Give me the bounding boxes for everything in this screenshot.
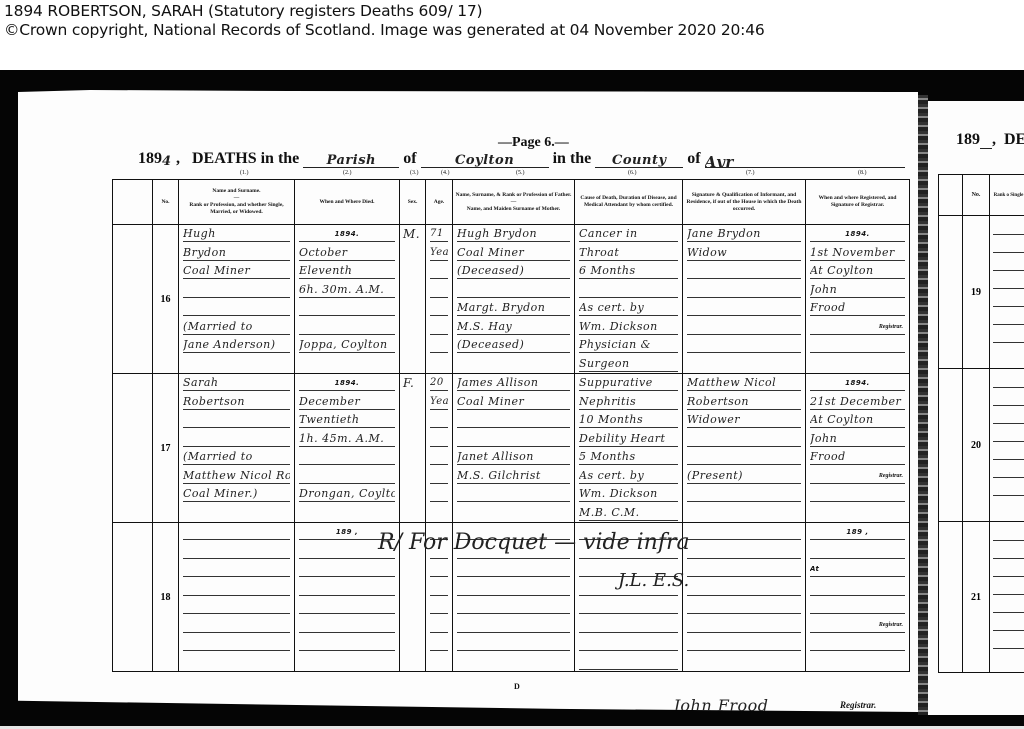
year-suffix: 4	[162, 154, 176, 168]
col-num-1: (1.)	[240, 170, 249, 176]
col-num-5: (5.)	[516, 170, 525, 176]
cell-line: (Deceased)	[457, 338, 570, 353]
cell-line: Joppa, Coylton	[299, 338, 395, 353]
docquet-initials: J.L. E.S.	[618, 570, 689, 591]
cell-line: Wm. Dickson	[579, 487, 678, 502]
cell-line: John	[810, 432, 905, 447]
table-row: 16HughBrydonCoal Miner(Married toJane An…	[113, 225, 910, 374]
cell-line	[687, 562, 801, 577]
cell-line	[430, 599, 448, 614]
cell-line: 1894.	[810, 376, 905, 391]
cell-line: Frood	[810, 301, 905, 316]
cell-line: Brydon	[183, 246, 290, 261]
cell-line: Years	[430, 395, 448, 410]
sex-value	[400, 523, 425, 527]
ruled-line	[993, 387, 1024, 388]
cell-line	[299, 599, 395, 614]
cell-line	[810, 581, 905, 596]
cell-line	[183, 562, 290, 577]
col-header-informant: Signature & Qualification of Informant, …	[683, 180, 806, 225]
cell-line	[183, 636, 290, 651]
copyright-line: ©Crown copyright, National Records of Sc…	[4, 21, 1019, 40]
cell-line	[183, 544, 290, 559]
cell-line	[687, 450, 801, 465]
col-header-cause: Cause of Death, Duration of Disease, and…	[575, 180, 683, 225]
cell-line	[687, 283, 801, 298]
table-row: 17SarahRobertson(Married toMatthew Nicol…	[113, 374, 910, 523]
cell-line	[687, 525, 801, 540]
cell-line	[183, 525, 290, 540]
cell-line: (Deceased)	[457, 264, 570, 279]
cell-line: Years	[430, 246, 448, 261]
cell-line: Wm. Dickson	[579, 320, 678, 335]
registrar-label: Registrar.	[879, 622, 903, 628]
right-register-table: No. Rank o Single 19 20 21	[938, 174, 1024, 673]
registered-cell: 1894.21st DecemberAt CoyltonJohnFroodReg…	[806, 374, 910, 523]
cell-line: Eleventh	[299, 264, 395, 279]
cell-line: Frood	[810, 450, 905, 465]
registrar-label: Registrar.	[879, 473, 903, 479]
of-label: of	[403, 150, 416, 167]
entry-number-21: 21	[963, 522, 990, 673]
cell-line: Jane Anderson)	[183, 338, 290, 353]
ruled-line	[993, 648, 1024, 649]
cell-line: (Married to	[183, 450, 290, 465]
right-year-prefix: 189	[956, 131, 980, 148]
cell-line	[687, 636, 801, 651]
cell-line	[430, 636, 448, 651]
register-heading: 1894, DEATHS in the Parish of Coylton in…	[138, 150, 905, 168]
cell-line: 21st December	[810, 395, 905, 410]
margin-cell	[113, 374, 153, 523]
cell-line: M.B. C.M.	[579, 506, 678, 521]
page-number: —Page 6.—	[498, 135, 569, 151]
ruled-line	[993, 441, 1024, 442]
cell-line	[430, 562, 448, 577]
registrar-label: Registrar.	[879, 324, 903, 330]
cell-line	[183, 581, 290, 596]
cell-line: December	[299, 395, 395, 410]
cell-line: 5 Months	[579, 450, 678, 465]
cell-line: James Allison	[457, 376, 570, 391]
margin-header	[113, 180, 153, 225]
cell-line: John	[810, 283, 905, 298]
cell-line	[430, 487, 448, 502]
header-row: No. Name and Surname. — Rank or Professi…	[113, 180, 910, 225]
cell-line: 20	[430, 376, 448, 391]
cell-line	[457, 283, 570, 298]
cell-line: (Present)	[687, 469, 801, 484]
col-header-no: No.	[153, 180, 179, 225]
cell-line: 1894.	[299, 376, 395, 391]
cell-line: Surgeon	[579, 357, 678, 372]
ruled-line	[993, 477, 1024, 478]
ruled-line	[993, 459, 1024, 460]
age-cell: 20Years	[426, 374, 453, 523]
ruled-line	[993, 558, 1024, 559]
col-num-6: (6.)	[628, 170, 637, 176]
sex-cell: M.	[400, 225, 426, 374]
cell-line	[183, 618, 290, 633]
ruled-line	[993, 540, 1024, 541]
cell-line	[299, 469, 395, 484]
cell-line	[687, 264, 801, 279]
cell-line	[457, 636, 570, 651]
cell-line: Widower	[687, 413, 801, 428]
cell-line: Physician &	[579, 338, 678, 353]
register-table: No. Name and Surname. — Rank or Professi…	[112, 179, 910, 672]
cell-line	[430, 618, 448, 633]
col-num-4: (4.)	[441, 170, 450, 176]
cell-line: At Coylton	[810, 264, 905, 279]
ruled-line	[993, 342, 1024, 343]
age-cell: 71Years	[426, 225, 453, 374]
col-num-7: (7.)	[746, 170, 755, 176]
entry-number-19: 19	[963, 216, 990, 369]
col-header-parents: Name, Surname, & Rank or Profession of F…	[453, 180, 575, 225]
cell-line	[579, 636, 678, 651]
when-where-cell: 1894.OctoberEleventh6h. 30m. A.M.Joppa, …	[295, 225, 400, 374]
year-prefix: 189	[138, 150, 162, 167]
register-page-left: —Page 6.— 1894, DEATHS in the Parish of …	[18, 90, 918, 712]
cell-line: Robertson	[687, 395, 801, 410]
register-page-right: 189, DE No. Rank o Single 19 20 21	[928, 101, 1024, 715]
col-header-registered: When and where Registered, and Signature…	[806, 180, 910, 225]
cell-line: Drongan, Coylton	[299, 487, 395, 502]
cell-line: Coal Miner	[457, 395, 570, 410]
page-mark: D	[514, 682, 520, 691]
name-cell: HughBrydonCoal Miner(Married toJane Ande…	[179, 225, 295, 374]
cell-line	[687, 544, 801, 559]
ruled-line	[993, 405, 1024, 406]
cell-line: Throat	[579, 246, 678, 261]
cell-line: Matthew Nicol Robertson	[183, 469, 290, 484]
registrar-signature: John Frood	[606, 696, 836, 715]
cell-line	[810, 487, 905, 502]
cell-line: Suppurative	[579, 376, 678, 391]
cell-line	[299, 636, 395, 651]
name-cell	[179, 523, 295, 672]
cell-line	[687, 487, 801, 502]
cell-line	[430, 301, 448, 316]
cause-cell: Cancer inThroat6 MonthsAs cert. byWm. Di…	[575, 225, 683, 374]
image-caption: 1894 ROBERTSON, SARAH (Statutory registe…	[4, 2, 1019, 40]
cell-line	[457, 432, 570, 447]
cell-line	[579, 283, 678, 298]
col-num-8: (8.)	[858, 170, 867, 176]
cell-line: At	[810, 562, 905, 577]
right-page-heading: 189, DE	[956, 131, 1024, 149]
ruled-line	[993, 252, 1024, 253]
cell-line	[457, 599, 570, 614]
cell-line	[299, 562, 395, 577]
cell-line: Coal Miner	[183, 264, 290, 279]
cell-line: Janet Allison	[457, 450, 570, 465]
cell-line: Widow	[687, 246, 801, 261]
sex-value: F.	[400, 374, 425, 392]
registered-cell: 189 ,AtRegistrar.	[806, 523, 910, 672]
cell-line	[430, 283, 448, 298]
cell-line	[810, 636, 905, 651]
right-deaths-label: DE	[1004, 131, 1024, 148]
col-header-age: Age.	[426, 180, 453, 225]
cell-line	[810, 338, 905, 353]
cell-line: Hugh	[183, 227, 290, 242]
cell-line: Robertson	[183, 395, 290, 410]
cell-line: M.S. Hay	[457, 320, 570, 335]
cell-line: 1894.	[810, 227, 905, 242]
docquet-annotation: R/ For Docquet — vide infra	[378, 530, 690, 555]
cell-line: Sarah	[183, 376, 290, 391]
entry-number: 16	[153, 225, 179, 374]
right-lines-20	[989, 369, 1024, 522]
cell-line	[430, 450, 448, 465]
ruled-line	[993, 594, 1024, 595]
cell-line	[183, 432, 290, 447]
cell-line	[430, 469, 448, 484]
ruled-line	[993, 576, 1024, 577]
cell-line: Hugh Brydon	[457, 227, 570, 242]
cell-line	[430, 581, 448, 596]
registered-cell: 1894.1st NovemberAt CoyltonJohnFroodRegi…	[806, 225, 910, 374]
cell-line: 71	[430, 227, 448, 242]
right-col-name: Rank o Single	[989, 175, 1024, 216]
cell-line	[457, 581, 570, 596]
cell-line: 1894.	[299, 227, 395, 242]
margin-cell	[113, 523, 153, 672]
cell-line: Matthew Nicol	[687, 376, 801, 391]
cell-line: 6 Months	[579, 264, 678, 279]
ruled-line	[993, 423, 1024, 424]
ruled-line	[993, 288, 1024, 289]
cell-line: Twentieth	[299, 413, 395, 428]
deaths-in-the: DEATHS in the	[192, 150, 299, 167]
cell-line	[687, 338, 801, 353]
record-title: 1894 ROBERTSON, SARAH (Statutory registe…	[4, 2, 1019, 21]
col-header-name: Name and Surname. — Rank or Profession, …	[179, 180, 295, 225]
cell-line	[183, 283, 290, 298]
cell-line: Cancer in	[579, 227, 678, 242]
cell-line: Coal Miner	[457, 246, 570, 261]
county-type: County	[595, 153, 683, 168]
footer-registrar-label: Registrar.	[840, 700, 876, 710]
cell-line: 1st November	[810, 246, 905, 261]
cell-line	[579, 655, 678, 670]
informant-cell: Jane BrydonWidow	[683, 225, 806, 374]
cell-line	[299, 450, 395, 465]
right-lines-21	[989, 522, 1024, 673]
cell-line: At Coylton	[810, 413, 905, 428]
ruled-line	[993, 324, 1024, 325]
cell-line	[457, 562, 570, 577]
cell-line: Margt. Brydon	[457, 301, 570, 316]
cell-line	[183, 301, 290, 316]
ruled-line	[993, 306, 1024, 307]
cell-line	[687, 301, 801, 316]
cell-line	[299, 581, 395, 596]
cell-line	[810, 544, 905, 559]
cell-line	[430, 413, 448, 428]
ruled-line	[993, 612, 1024, 613]
cell-line: As cert. by	[579, 301, 678, 316]
ruled-line	[993, 234, 1024, 235]
cell-line	[183, 599, 290, 614]
cell-line	[299, 301, 395, 316]
sex-value: M.	[400, 225, 425, 243]
cell-line: October	[299, 246, 395, 261]
cell-line: 10 Months	[579, 413, 678, 428]
sex-cell: F.	[400, 374, 426, 523]
cell-line: 189 ,	[810, 525, 905, 540]
cell-line	[299, 618, 395, 633]
district-type: Parish	[303, 153, 399, 168]
cell-line: Debility Heart	[579, 432, 678, 447]
ruled-line	[993, 630, 1024, 631]
cause-cell: SuppurativeNephritis10 MonthsDebility He…	[575, 374, 683, 523]
col-header-when-where: When and Where Died.	[295, 180, 400, 225]
entry-number-20: 20	[963, 369, 990, 522]
col-num-3: (3.)	[410, 170, 419, 176]
parents-cell: Hugh BrydonCoal Miner(Deceased)Margt. Br…	[453, 225, 575, 374]
of-label-2: of	[687, 150, 700, 167]
ruled-line	[993, 495, 1024, 496]
cell-line	[457, 487, 570, 502]
parents-cell: James AllisonCoal MinerJanet AllisonM.S.…	[453, 374, 575, 523]
right-col-no: No.	[963, 175, 990, 216]
cell-line	[299, 320, 395, 335]
cell-line	[687, 432, 801, 447]
cell-line: As cert. by	[579, 469, 678, 484]
when-where-cell: 1894.DecemberTwentieth1h. 45m. A.M.Drong…	[295, 374, 400, 523]
entry-number: 17	[153, 374, 179, 523]
cell-line: Jane Brydon	[687, 227, 801, 242]
cell-line	[687, 618, 801, 633]
register-scan: —Page 6.— 1894, DEATHS in the Parish of …	[0, 70, 1024, 726]
entry-number: 18	[153, 523, 179, 672]
cell-line: Coal Miner.)	[183, 487, 290, 502]
informant-cell	[683, 523, 806, 672]
cell-line	[430, 264, 448, 279]
name-cell: SarahRobertson(Married toMatthew Nicol R…	[179, 374, 295, 523]
cell-line	[183, 413, 290, 428]
col-header-sex: Sex.	[400, 180, 426, 225]
informant-cell: Matthew NicolRobertsonWidower(Present)	[683, 374, 806, 523]
cell-line: Nephritis	[579, 395, 678, 410]
cell-line: 1h. 45m. A.M.	[299, 432, 395, 447]
cell-line	[430, 320, 448, 335]
book-gutter	[918, 95, 928, 715]
district-name: Coylton	[421, 153, 549, 168]
county-name: Ayr	[705, 153, 905, 168]
col-num-2: (2.)	[343, 170, 352, 176]
cell-line	[687, 599, 801, 614]
right-lines-19	[989, 216, 1024, 369]
cell-line	[457, 618, 570, 633]
cell-line	[810, 599, 905, 614]
cell-line	[430, 432, 448, 447]
right-margin-header	[939, 175, 963, 216]
cell-line	[579, 618, 678, 633]
cell-line: (Married to	[183, 320, 290, 335]
ruled-line	[993, 270, 1024, 271]
cell-line	[687, 581, 801, 596]
margin-cell	[113, 225, 153, 374]
cell-line	[457, 413, 570, 428]
cell-line: M.S. Gilchrist	[457, 469, 570, 484]
cell-line	[430, 338, 448, 353]
cell-line: 6h. 30m. A.M.	[299, 283, 395, 298]
cell-line	[687, 320, 801, 335]
cell-line	[579, 599, 678, 614]
in-the-label: in the	[553, 150, 592, 167]
